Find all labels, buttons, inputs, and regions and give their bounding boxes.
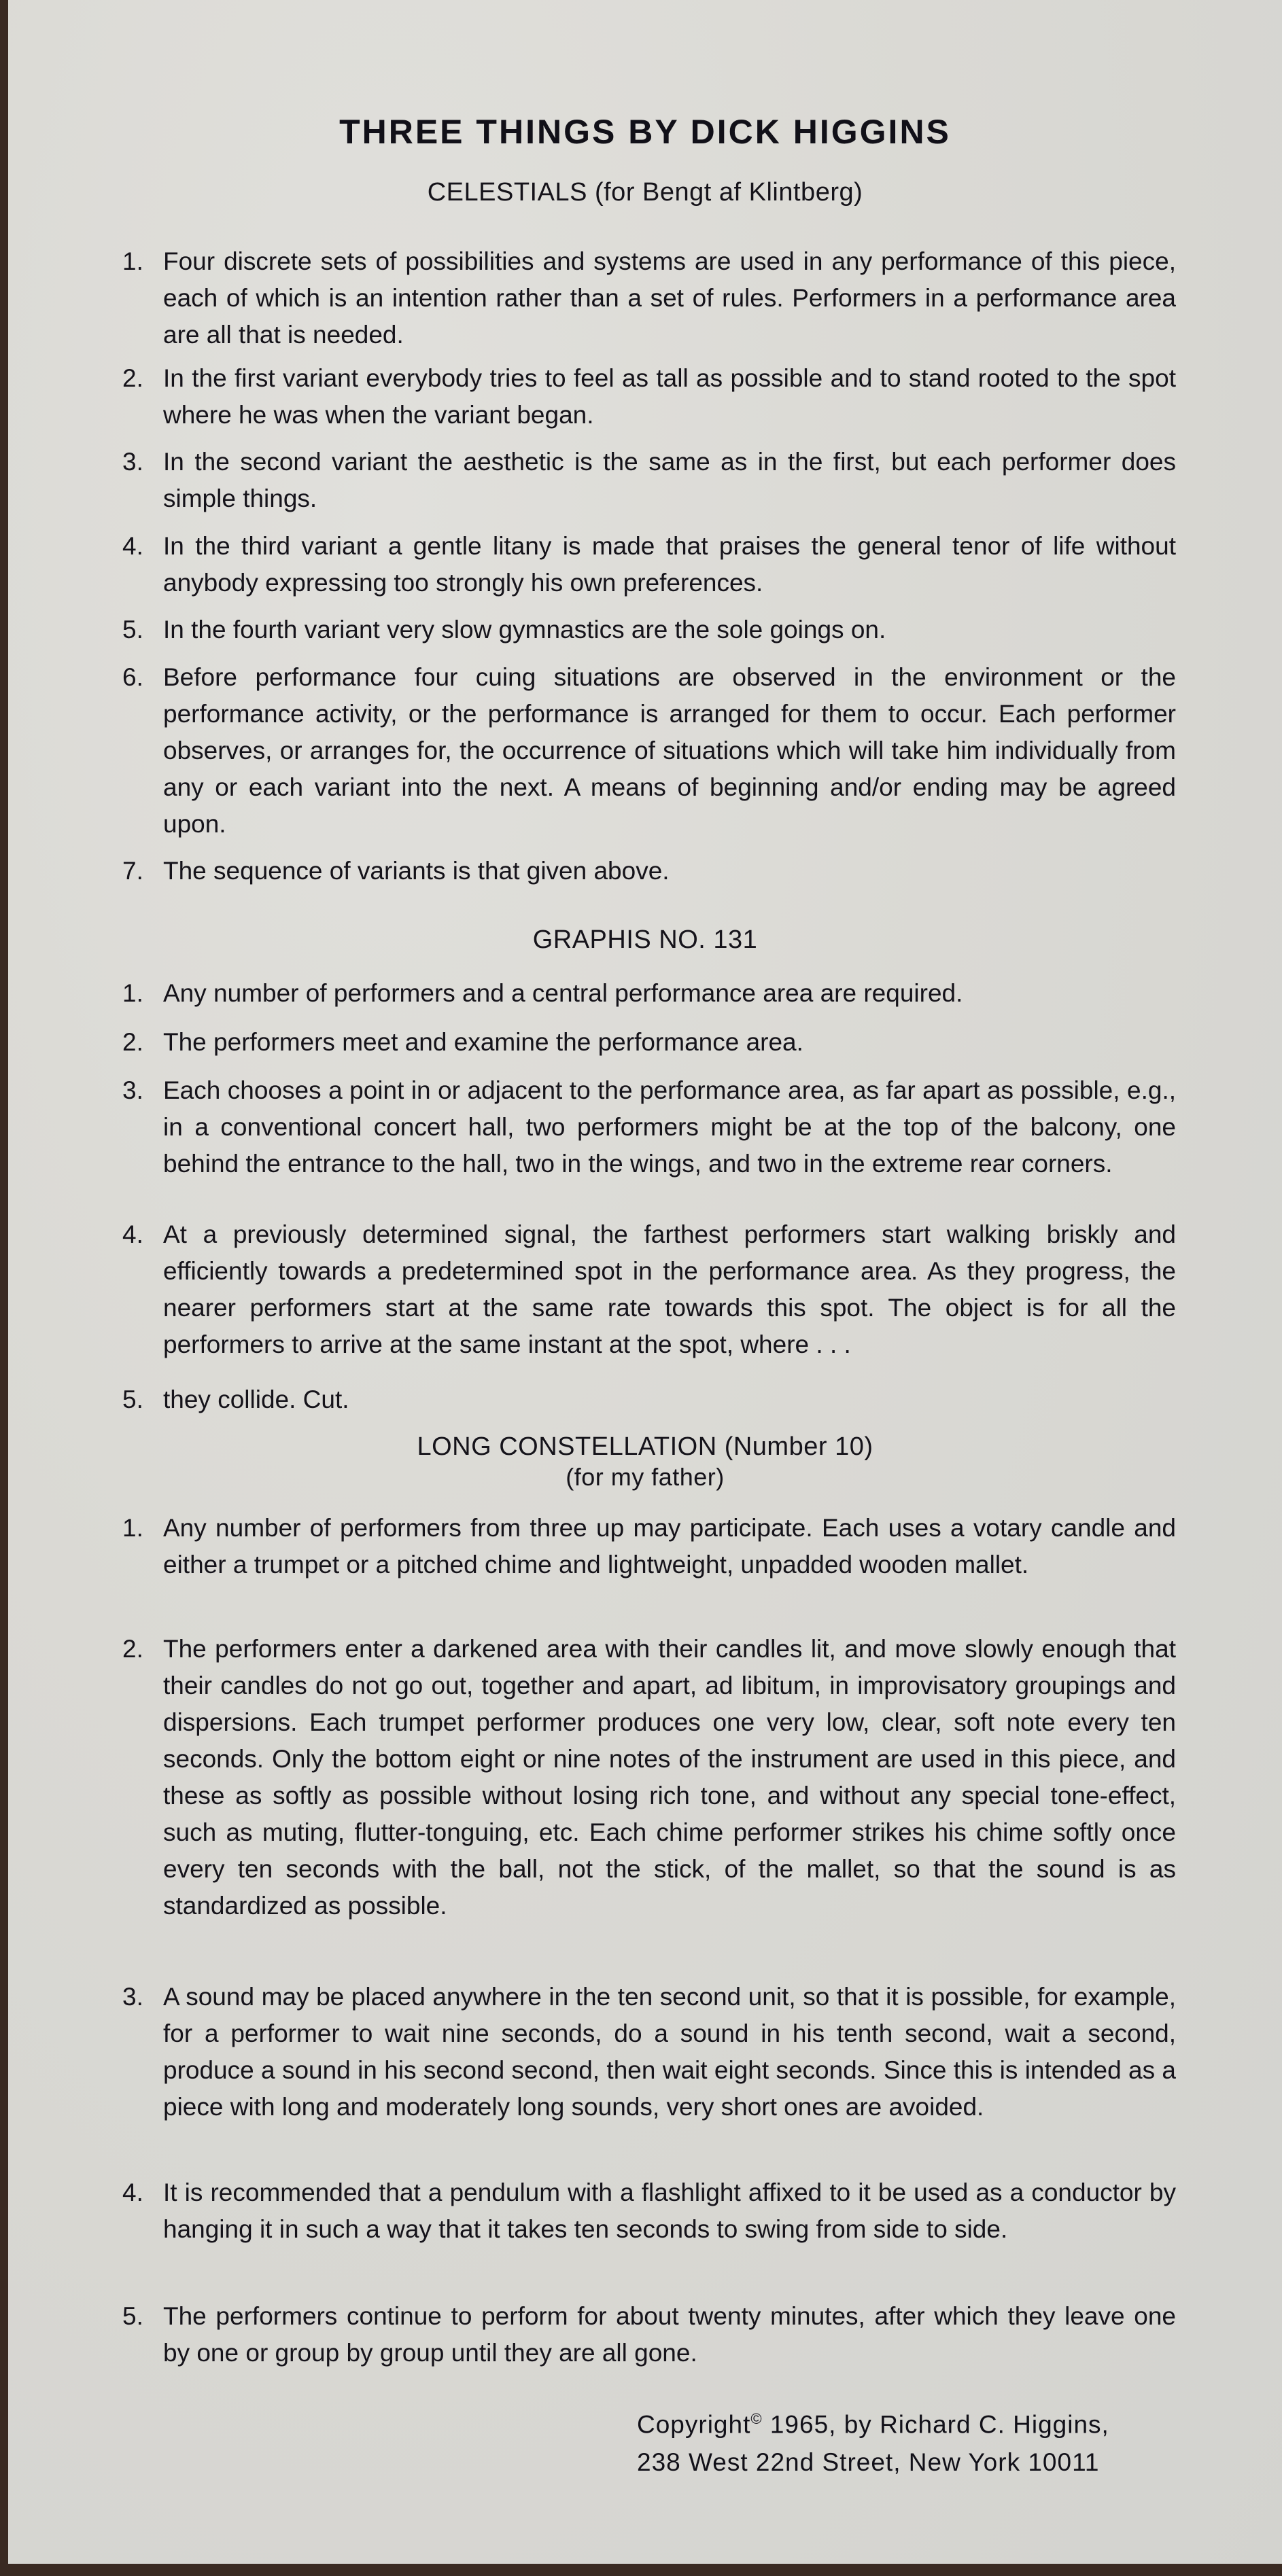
copyright-symbol-icon: ©	[750, 2410, 762, 2427]
document-title: THREE THINGS BY DICK HIGGINS	[8, 112, 1282, 152]
section-heading-long-constellation: LONG CONSTELLATION (Number 10) (for my f…	[8, 1432, 1282, 1492]
item-text-content: In the fourth variant very slow gymnasti…	[163, 616, 886, 643]
item-text-content: The performers continue to perform for a…	[163, 2302, 1176, 2367]
item-text: The performers enter a darkened area wit…	[163, 1631, 1176, 1924]
item-text: In the fourth variant very slow gymnasti…	[163, 612, 1176, 648]
list-item: 5. In the fourth variant very slow gymna…	[122, 612, 1196, 648]
item-number: 4.	[122, 1216, 143, 1253]
copyright-notice: Copyright© 1965, by Richard C. Higgins, …	[637, 2400, 1109, 2482]
item-number: 6.	[122, 659, 143, 696]
list-item: 2. The performers meet and examine the p…	[122, 1024, 1196, 1061]
list-item: 4. In the third variant a gentle litany …	[122, 528, 1196, 601]
item-text-content: The performers enter a darkened area wit…	[163, 1635, 1176, 1920]
list-item: 1. Any number of performers and a centra…	[122, 975, 1196, 1012]
item-text: The performers meet and examine the perf…	[163, 1024, 1176, 1061]
item-text-content: A sound may be placed anywhere in the te…	[163, 1983, 1176, 2121]
item-number: 4.	[122, 2174, 143, 2211]
list-item: 3. In the second variant the aesthetic i…	[122, 444, 1196, 517]
item-number: 3.	[122, 1072, 143, 1109]
section-heading-graphis: GRAPHIS NO. 131	[8, 925, 1282, 955]
item-text-content: Any number of performers from three up m…	[163, 1514, 1176, 1578]
list-item: 1. Four discrete sets of possibilities a…	[122, 243, 1196, 353]
copyright-line-2: 238 West 22nd Street, New York 10011	[637, 2443, 1109, 2482]
item-number: 2.	[122, 1024, 143, 1061]
list-item: 7. The sequence of variants is that give…	[122, 853, 1196, 889]
item-text: Any number of performers and a central p…	[163, 975, 1176, 1012]
list-item: 2. The performers enter a darkened area …	[122, 1631, 1196, 1924]
item-number: 5.	[122, 612, 143, 648]
item-text-content: Any number of performers and a central p…	[163, 979, 963, 1007]
item-text: Four discrete sets of possibilities and …	[163, 243, 1176, 353]
copyright-label: Copyright	[637, 2410, 750, 2438]
item-text: The performers continue to perform for a…	[163, 2298, 1176, 2371]
item-text: In the second variant the aesthetic is t…	[163, 444, 1176, 517]
list-item: 5. The performers continue to perform fo…	[122, 2298, 1196, 2371]
item-text: It is recommended that a pendulum with a…	[163, 2174, 1176, 2248]
list-item: 4. At a previously determined signal, th…	[122, 1216, 1196, 1363]
item-text-content: In the first variant everybody tries to …	[163, 364, 1176, 429]
item-text: A sound may be placed anywhere in the te…	[163, 1979, 1176, 2125]
item-text: In the third variant a gentle litany is …	[163, 528, 1176, 601]
list-item: 1. Any number of performers from three u…	[122, 1510, 1196, 1583]
item-number: 1.	[122, 975, 143, 1012]
paper-bottom-edge	[8, 2564, 1282, 2570]
item-number: 3.	[122, 444, 143, 480]
item-text-content: Before performance four cuing situations…	[163, 663, 1176, 838]
section-heading-title: LONG CONSTELLATION (Number 10)	[417, 1432, 873, 1461]
list-item: 4. It is recommended that a pendulum wit…	[122, 2174, 1196, 2248]
section-dedication: (for my father)	[8, 1463, 1282, 1492]
list-item: 2. In the first variant everybody tries …	[122, 360, 1196, 434]
item-text-content: At a previously determined signal, the f…	[163, 1220, 1176, 1358]
item-number: 2.	[122, 1631, 143, 1668]
item-number: 3.	[122, 1979, 143, 2015]
item-text-content: Each chooses a point in or adjacent to t…	[163, 1076, 1176, 1178]
copyright-year-author: 1965, by Richard C. Higgins,	[763, 2410, 1109, 2438]
list-item: 3. A sound may be placed anywhere in the…	[122, 1979, 1196, 2125]
list-item: 3. Each chooses a point in or adjacent t…	[122, 1072, 1196, 1182]
item-text-content: The sequence of variants is that given a…	[163, 857, 670, 885]
item-text-content: they collide. Cut.	[163, 1386, 349, 1413]
item-text: Any number of performers from three up m…	[163, 1510, 1176, 1583]
list-item: 6. Before performance four cuing situati…	[122, 659, 1196, 843]
item-text-content: Four discrete sets of possibilities and …	[163, 247, 1176, 349]
item-text-content: In the third variant a gentle litany is …	[163, 532, 1176, 597]
item-number: 4.	[122, 528, 143, 565]
item-text: they collide. Cut.	[163, 1381, 1176, 1418]
item-number: 7.	[122, 853, 143, 889]
item-text: At a previously determined signal, the f…	[163, 1216, 1176, 1363]
list-item: 5. they collide. Cut.	[122, 1381, 1196, 1418]
item-number: 1.	[122, 243, 143, 280]
item-text: Each chooses a point in or adjacent to t…	[163, 1072, 1176, 1182]
item-text-content: It is recommended that a pendulum with a…	[163, 2178, 1176, 2243]
item-text: The sequence of variants is that given a…	[163, 853, 1176, 889]
item-number: 5.	[122, 1381, 143, 1418]
item-number: 5.	[122, 2298, 143, 2335]
item-number: 1.	[122, 1510, 143, 1547]
section-heading-celestials: CELESTIALS (for Bengt af Klintberg)	[8, 178, 1282, 207]
copyright-line-1: Copyright© 1965, by Richard C. Higgins,	[637, 2400, 1109, 2443]
item-text: Before performance four cuing situations…	[163, 659, 1176, 843]
item-text: In the first variant everybody tries to …	[163, 360, 1176, 434]
item-number: 2.	[122, 360, 143, 397]
document-page: THREE THINGS BY DICK HIGGINS CELESTIALS …	[8, 0, 1282, 2570]
item-text-content: The performers meet and examine the perf…	[163, 1028, 803, 1056]
item-text-content: In the second variant the aesthetic is t…	[163, 448, 1176, 512]
